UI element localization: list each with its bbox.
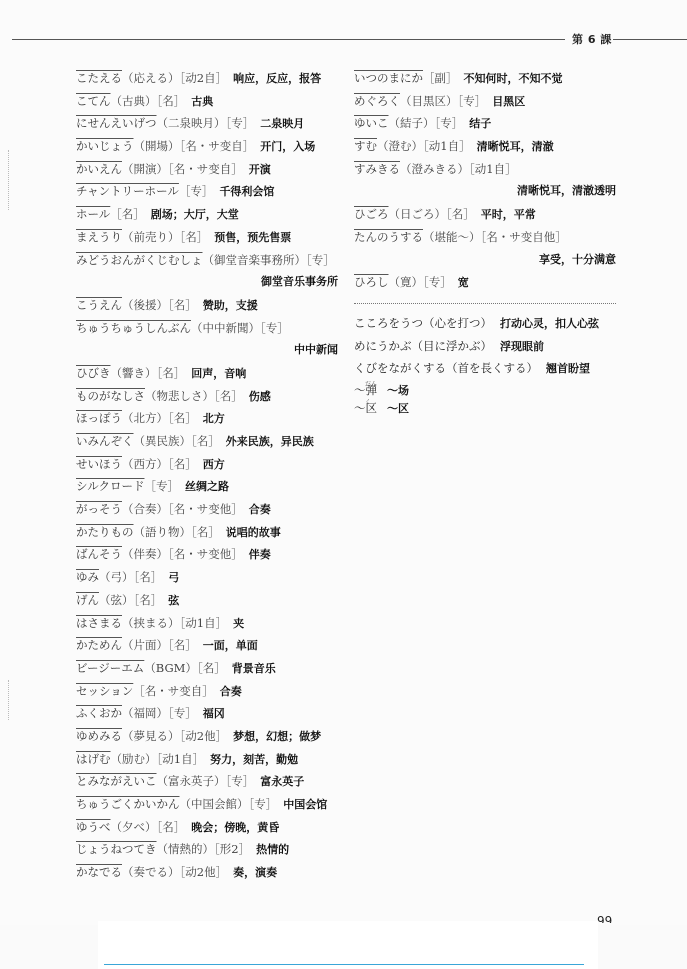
vocab-entry: チャントリーホール［专］千得利会馆 bbox=[76, 180, 338, 203]
entry-part-of-speech: ［专］ bbox=[226, 116, 255, 130]
entry-kanji: （福岡） bbox=[122, 706, 168, 720]
entry-kanji: （挟まる） bbox=[122, 616, 180, 630]
entry-reading-text: ゆみ bbox=[76, 570, 99, 584]
vocab-entry: じょうねつてき（情熱的）［形2］热情的 bbox=[76, 838, 338, 861]
entry-part-of-speech: ［专］ bbox=[226, 774, 255, 788]
entry-kanji: （奏でる） bbox=[122, 865, 180, 879]
entry-kanji: （伴奏） bbox=[122, 547, 168, 561]
vocab-entry: こたえる（応える）［动2自］响应，反应，报答 bbox=[76, 67, 338, 90]
entry-meaning: 开门，入场 bbox=[260, 140, 315, 153]
vocab-entry: いつのまにか［副］不知何时，不知不觉 bbox=[354, 67, 616, 90]
entry-part-of-speech: ［名］ bbox=[180, 230, 209, 244]
entry-part-of-speech: ［专］ bbox=[144, 479, 179, 493]
entry-reading: ゆめみる bbox=[76, 729, 122, 743]
idiom-entry: こころをうつ（心を打つ）打动心灵，扣人心弦 bbox=[354, 312, 616, 335]
entry-part-of-speech: ［名］ bbox=[168, 411, 197, 425]
entry-part-of-speech: ［动1自］ bbox=[423, 139, 471, 153]
entry-part-of-speech: ［名］ bbox=[191, 525, 220, 539]
entry-reading: かいじょう bbox=[76, 139, 134, 153]
entry-reading-text: いつのまにか bbox=[354, 71, 423, 85]
vocab-entry: こてん（古典）［名］古典 bbox=[76, 90, 338, 113]
entry-reading-text: こたえる bbox=[76, 71, 122, 85]
entry-reading: こてん bbox=[76, 94, 111, 108]
idiom-meaning: 翘首盼望 bbox=[546, 362, 590, 375]
entry-meaning: 预售，预先售票 bbox=[214, 231, 291, 244]
vocab-entry: はげむ（励む）［动1自］努力，刻苦，勤勉 bbox=[76, 748, 338, 771]
vocab-entry: はさまる（挟まる）［动1自］夹 bbox=[76, 612, 338, 635]
entry-reading-text: こうえん bbox=[76, 298, 122, 312]
vocabulary-column-left: こたえる（応える）［动2自］响应，反应，报答こてん（古典）［名］古典にせんえいげ… bbox=[76, 67, 338, 884]
entry-meaning-continued: 清晰悦耳，清澈透明 bbox=[354, 180, 616, 203]
entry-reading-text: はげむ bbox=[76, 752, 111, 766]
entry-kanji: （物悲しさ） bbox=[145, 389, 214, 403]
entry-part-of-speech: ［名］ bbox=[191, 434, 220, 448]
entry-meaning: 福冈 bbox=[203, 707, 225, 720]
vocab-entry: すみきる（澄みきる）［动1自］ bbox=[354, 158, 616, 181]
entry-part-of-speech: ［专］ bbox=[306, 253, 335, 267]
entry-reading: いみんぞく bbox=[76, 434, 134, 448]
chapter-label: 第 6 課 bbox=[572, 31, 612, 47]
idiom-meaning: 打动心灵，扣人心弦 bbox=[500, 317, 599, 330]
vocab-entry: かなでる（奏でる）［动2他］奏，演奏 bbox=[76, 861, 338, 884]
entry-meaning: 说唱的故事 bbox=[226, 526, 281, 539]
entry-reading: ひろし bbox=[354, 275, 389, 289]
entry-meaning: 外来民族，异民族 bbox=[226, 435, 314, 448]
entry-meaning: 中国会馆 bbox=[283, 798, 327, 811]
vocab-entry: すむ（澄む）［动1自］清晰悦耳，清澈 bbox=[354, 135, 616, 158]
entry-reading: ちゅうちゅうしんぶん bbox=[76, 321, 191, 335]
entry-reading: ひごろ bbox=[354, 207, 389, 221]
vocab-entry: ばんそう（伴奏）［名・サ变他］伴奏 bbox=[76, 543, 338, 566]
header-rule-right bbox=[613, 39, 687, 40]
entry-reading: ビージーエム bbox=[76, 661, 144, 675]
entry-meaning: 晚会；傍晚，黄昏 bbox=[191, 821, 279, 834]
entry-reading-text: げん bbox=[76, 593, 99, 607]
entry-meaning: 结子 bbox=[469, 117, 491, 130]
entry-meaning-continued: 中中新闻 bbox=[76, 339, 338, 362]
entry-meaning: 西方 bbox=[203, 458, 225, 471]
idiom-text: くびをながくする（首を長くする） bbox=[354, 361, 538, 375]
entry-kanji: （夕べ） bbox=[111, 820, 157, 834]
vocab-entry: ゆめみる（夢見る）［动2他］梦想，幻想；做梦 bbox=[76, 725, 338, 748]
entry-kanji: （御堂音楽事務所） bbox=[203, 253, 307, 267]
entry-reading: ホール bbox=[76, 207, 110, 221]
entry-meaning: 努力，刻苦，勤勉 bbox=[210, 753, 298, 766]
vocab-entry: ゆみ（弓）［名］弓 bbox=[76, 566, 338, 589]
entry-meaning: 古典 bbox=[191, 95, 213, 108]
entry-part-of-speech: ［名・サ变自］ bbox=[180, 139, 255, 153]
entry-part-of-speech: ［名］ bbox=[168, 298, 197, 312]
entry-kanji: （開演） bbox=[122, 162, 168, 176]
entry-part-of-speech: ［副］ bbox=[423, 71, 458, 85]
entry-kanji: （前売り） bbox=[122, 230, 180, 244]
entry-part-of-speech: ［动1自］ bbox=[469, 162, 517, 176]
entry-meaning: 赞助，支援 bbox=[203, 299, 258, 312]
entry-part-of-speech: ［名］ bbox=[134, 570, 163, 584]
entry-meaning: 回声，音响 bbox=[191, 367, 246, 380]
entry-reading-text: ひびき bbox=[76, 366, 111, 380]
entry-reading-text: ちゅうちゅうしんぶん bbox=[76, 321, 191, 335]
vocab-entry: ものがなしさ（物悲しさ）［名］伤感 bbox=[76, 385, 338, 408]
margin-scan-artifact bbox=[8, 150, 13, 210]
entry-kanji: （西方） bbox=[122, 457, 168, 471]
entry-part-of-speech: ［专］ bbox=[423, 275, 452, 289]
entry-reading: ゆうべ bbox=[76, 820, 111, 834]
entry-reading-text: とみながえいこ bbox=[76, 774, 157, 788]
entry-meaning: 丝绸之路 bbox=[185, 480, 229, 493]
vocabulary-column-right: いつのまにか［副］不知何时，不知不觉めぐろく（目黒区）［专］目黑区ゆいこ（結子）… bbox=[354, 67, 616, 416]
entry-reading-text: ものがなしさ bbox=[76, 389, 145, 403]
entry-meaning: 剧场；大厅，大堂 bbox=[151, 208, 239, 221]
entry-reading: ふくおか bbox=[76, 706, 122, 720]
entry-meaning: 目黑区 bbox=[492, 95, 525, 108]
suffix-entry: だん～弾～场 bbox=[354, 380, 616, 398]
vocab-entry: ゆいこ（結子）［专］结子 bbox=[354, 112, 616, 135]
entry-meaning: 平时，平常 bbox=[481, 208, 536, 221]
dotted-separator bbox=[354, 303, 616, 304]
entry-meaning: 热情的 bbox=[256, 843, 289, 856]
entry-part-of-speech: ［名］ bbox=[157, 94, 186, 108]
vocab-entry: せいほう（西方）［名］西方 bbox=[76, 453, 338, 476]
vocab-entry: みどうおんがくじむしょ（御堂音楽事務所）［专］ bbox=[76, 249, 338, 272]
idiom-entry: くびをながくする（首を長くする）翘首盼望 bbox=[354, 357, 616, 380]
entry-reading: げん bbox=[76, 593, 99, 607]
phrase-list: こころをうつ（心を打つ）打动心灵，扣人心弦めにうかぶ（目に浮かぶ）浮现眼前くびを… bbox=[354, 312, 616, 380]
vocab-entry: ひびき（響き）［名］回声，音响 bbox=[76, 362, 338, 385]
entry-part-of-speech: ［动2他］ bbox=[180, 729, 228, 743]
entry-meaning: 宽 bbox=[458, 276, 469, 289]
entry-reading-text: かいじょう bbox=[76, 139, 134, 153]
entry-reading-text: セッション bbox=[76, 684, 133, 698]
idiom-entry: めにうかぶ（目に浮かぶ）浮现眼前 bbox=[354, 335, 616, 358]
vocab-entry: にせんえいげつ（二泉映月）［专］二泉映月 bbox=[76, 112, 338, 135]
footer-blue-rule bbox=[104, 964, 584, 965]
entry-reading: はさまる bbox=[76, 616, 122, 630]
entry-reading: とみながえいこ bbox=[76, 774, 157, 788]
entry-kanji: （響き） bbox=[111, 366, 157, 380]
entry-reading-text: ゆうべ bbox=[76, 820, 111, 834]
entry-kanji: （目黒区） bbox=[400, 94, 458, 108]
entry-reading-text: みどうおんがくじむしょ bbox=[76, 253, 203, 267]
entry-kanji: （応える） bbox=[122, 71, 180, 85]
vocab-entry: ひごろ（日ごろ）［名］平时，平常 bbox=[354, 203, 616, 226]
entry-reading-text: こてん bbox=[76, 94, 111, 108]
entry-part-of-speech: ［名］ bbox=[446, 207, 475, 221]
entry-meaning-continued: 享受，十分满意 bbox=[354, 249, 616, 272]
vocab-entry: セッション［名・サ变自］合奏 bbox=[76, 680, 338, 703]
entry-reading: こたえる bbox=[76, 71, 122, 85]
entry-reading-text: ビージーエム bbox=[76, 661, 144, 675]
suffix-entry: く～区～区 bbox=[354, 398, 616, 416]
entry-part-of-speech: ［动2自］ bbox=[180, 71, 228, 85]
entry-reading-text: せいほう bbox=[76, 457, 122, 471]
entry-meaning: 不知何时，不知不觉 bbox=[464, 72, 563, 85]
entry-reading-text: かいえん bbox=[76, 162, 122, 176]
vocab-entry: ちゅうちゅうしんぶん（中中新聞）［专］ bbox=[76, 317, 338, 340]
vocab-entry: こうえん（後援）［名］赞助，支援 bbox=[76, 294, 338, 317]
entry-reading-text: いみんぞく bbox=[76, 434, 134, 448]
entry-reading: かたりもの bbox=[76, 525, 134, 539]
entry-reading-text: すむ bbox=[354, 139, 377, 153]
entry-meaning: 合奏 bbox=[249, 503, 271, 516]
entry-reading: まえうり bbox=[76, 230, 122, 244]
entry-meaning: 开演 bbox=[249, 163, 271, 176]
entry-meaning: 北方 bbox=[203, 412, 225, 425]
entry-kanji: （北方） bbox=[122, 411, 168, 425]
entry-reading-text: じょうねつてき bbox=[76, 842, 157, 856]
entry-kanji: （弓） bbox=[99, 570, 134, 584]
entry-reading-text: ふくおか bbox=[76, 706, 122, 720]
entry-kanji: （富永英子） bbox=[157, 774, 226, 788]
entry-reading: こうえん bbox=[76, 298, 122, 312]
entry-reading-text: ばんそう bbox=[76, 547, 122, 561]
vocab-entry: かたりもの（語り物）［名］说唱的故事 bbox=[76, 521, 338, 544]
vocabulary-list-right: いつのまにか［副］不知何时，不知不觉めぐろく（目黒区）［专］目黑区ゆいこ（結子）… bbox=[354, 67, 616, 294]
entry-kanji: （開場） bbox=[134, 139, 180, 153]
entry-meaning: 弓 bbox=[168, 571, 179, 584]
entry-reading: みどうおんがくじむしょ bbox=[76, 253, 203, 267]
entry-reading-text: まえうり bbox=[76, 230, 122, 244]
entry-kanji: （夢見る） bbox=[122, 729, 180, 743]
entry-meaning: 清晰悦耳，清澈 bbox=[477, 140, 554, 153]
entry-part-of-speech: ［动1自］ bbox=[180, 616, 228, 630]
entry-reading: セッション bbox=[76, 684, 133, 698]
entry-part-of-speech: ［专］ bbox=[458, 94, 487, 108]
vocab-entry: ちゅうごくかいかん（中国会館）［专］中国会馆 bbox=[76, 793, 338, 816]
entry-kanji: （結子） bbox=[389, 116, 435, 130]
entry-reading: にせんえいげつ bbox=[76, 116, 157, 130]
entry-part-of-speech: ［名・サ变自］ bbox=[133, 684, 214, 698]
suffix-ruby: だん bbox=[365, 375, 377, 395]
entry-meaning: 富永英子 bbox=[260, 775, 304, 788]
entry-part-of-speech: ［动1自］ bbox=[157, 752, 205, 766]
entry-part-of-speech: ［动2他］ bbox=[180, 865, 228, 879]
entry-part-of-speech: ［名・サ变他］ bbox=[168, 502, 243, 516]
entry-part-of-speech: ［名］ bbox=[134, 593, 163, 607]
entry-part-of-speech: ［形2］ bbox=[214, 842, 250, 856]
entry-part-of-speech: ［名］ bbox=[168, 457, 197, 471]
entry-meaning: 一面，单面 bbox=[203, 639, 258, 652]
page-number: 99 bbox=[597, 913, 612, 923]
entry-part-of-speech: ［名］ bbox=[168, 638, 197, 652]
entry-meaning: 伴奏 bbox=[249, 548, 271, 561]
entry-reading-text: ひろし bbox=[354, 275, 389, 289]
entry-reading-text: がっそう bbox=[76, 502, 122, 516]
suffix-list: だん～弾～场く～区～区 bbox=[354, 380, 616, 416]
entry-reading-text: ゆめみる bbox=[76, 729, 122, 743]
entry-kanji: （日ごろ） bbox=[389, 207, 447, 221]
entry-reading: せいほう bbox=[76, 457, 122, 471]
entry-reading-text: チャントリーホール bbox=[76, 184, 179, 198]
vocab-entry: ふくおか（福岡）［专］福冈 bbox=[76, 702, 338, 725]
entry-reading: はげむ bbox=[76, 752, 111, 766]
entry-reading-text: ほっぽう bbox=[76, 411, 122, 425]
entry-reading: チャントリーホール bbox=[76, 184, 179, 198]
vocab-entry: ほっぽう（北方）［名］北方 bbox=[76, 407, 338, 430]
entry-reading: ちゅうごくかいかん bbox=[76, 797, 180, 811]
vocab-entry: かいじょう（開場）［名・サ变自］开门，入场 bbox=[76, 135, 338, 158]
entry-reading: ひびき bbox=[76, 366, 111, 380]
entry-meaning: 夹 bbox=[233, 617, 244, 630]
bottom-margin bbox=[98, 921, 598, 969]
entry-part-of-speech: ［名］ bbox=[110, 207, 145, 221]
entry-reading-text: めぐろく bbox=[354, 94, 400, 108]
entry-kanji: （二泉映月） bbox=[157, 116, 226, 130]
vocab-entry: ホール［名］剧场；大厅，大堂 bbox=[76, 203, 338, 226]
suffix-meaning: ～场 bbox=[387, 384, 409, 397]
suffix-meaning: ～区 bbox=[387, 402, 409, 415]
entry-part-of-speech: ［名・サ变自他］ bbox=[481, 230, 567, 244]
vocab-entry: めぐろく（目黒区）［专］目黑区 bbox=[354, 90, 616, 113]
entry-kanji: （合奏） bbox=[122, 502, 168, 516]
entry-part-of-speech: ［专］ bbox=[249, 797, 278, 811]
vocab-entry: ビージーエム（BGM）［名］背景音乐 bbox=[76, 657, 338, 680]
vocab-entry: かいえん（開演）［名・サ变自］开演 bbox=[76, 158, 338, 181]
entry-kanji: （BGM） bbox=[144, 661, 197, 675]
entry-reading: がっそう bbox=[76, 502, 122, 516]
entry-kanji: （情熱的） bbox=[157, 842, 215, 856]
entry-kanji: （寛） bbox=[389, 275, 424, 289]
entry-reading: ゆいこ bbox=[354, 116, 389, 130]
entry-part-of-speech: ［专］ bbox=[260, 321, 289, 335]
entry-part-of-speech: ［名］ bbox=[157, 366, 186, 380]
entry-part-of-speech: ［专］ bbox=[168, 706, 197, 720]
entry-reading-text: かためん bbox=[76, 638, 122, 652]
entry-meaning: 弦 bbox=[168, 594, 179, 607]
entry-meaning: 合奏 bbox=[220, 685, 242, 698]
entry-part-of-speech: ［名・サ变他］ bbox=[168, 547, 243, 561]
entry-reading: ばんそう bbox=[76, 547, 122, 561]
entry-meaning: 背景音乐 bbox=[232, 662, 276, 675]
entry-part-of-speech: ［专］ bbox=[435, 116, 464, 130]
entry-reading-text: かなでる bbox=[76, 865, 122, 879]
idiom-meaning: 浮现眼前 bbox=[500, 340, 544, 353]
entry-meaning: 伤感 bbox=[249, 390, 271, 403]
entry-reading: たんのうする bbox=[354, 230, 423, 244]
entry-reading: じょうねつてき bbox=[76, 842, 157, 856]
vocab-entry: とみながえいこ（富永英子）［专］富永英子 bbox=[76, 770, 338, 793]
entry-part-of-speech: ［名］ bbox=[157, 820, 186, 834]
entry-reading: ものがなしさ bbox=[76, 389, 145, 403]
entry-reading-text: ちゅうごくかいかん bbox=[76, 797, 180, 811]
vocab-entry: げん（弦）［名］弦 bbox=[76, 589, 338, 612]
entry-reading: かいえん bbox=[76, 162, 122, 176]
entry-reading: ほっぽう bbox=[76, 411, 122, 425]
vocab-entry: まえうり（前売り）［名］预售，预先售票 bbox=[76, 226, 338, 249]
entry-reading-text: はさまる bbox=[76, 616, 122, 630]
entry-reading-text: たんのうする bbox=[354, 230, 423, 244]
entry-reading: かためん bbox=[76, 638, 122, 652]
entry-part-of-speech: ［名］ bbox=[214, 389, 243, 403]
entry-kanji: （語り物） bbox=[134, 525, 192, 539]
entry-reading-text: にせんえいげつ bbox=[76, 116, 157, 130]
header-rule-left bbox=[12, 39, 565, 40]
vocab-entry: ひろし（寛）［专］宽 bbox=[354, 271, 616, 294]
entry-kanji: （中国会館） bbox=[180, 797, 249, 811]
vocab-entry: シルクロード［专］丝绸之路 bbox=[76, 475, 338, 498]
entry-reading-text: シルクロード bbox=[76, 479, 144, 493]
entry-reading: すみきる bbox=[354, 162, 400, 176]
entry-reading: シルクロード bbox=[76, 479, 144, 493]
entry-kanji: （古典） bbox=[111, 94, 157, 108]
vocab-entry: かためん（片面）［名］一面，单面 bbox=[76, 634, 338, 657]
margin-scan-artifact bbox=[8, 680, 13, 720]
entry-reading-text: ホール bbox=[76, 207, 110, 221]
entry-part-of-speech: ［专］ bbox=[179, 184, 214, 198]
entry-kanji: （励む） bbox=[111, 752, 157, 766]
entry-kanji: （片面） bbox=[122, 638, 168, 652]
entry-part-of-speech: ［名］ bbox=[197, 661, 226, 675]
idiom-text: めにうかぶ（目に浮かぶ） bbox=[354, 339, 492, 353]
entry-meaning: 千得利会馆 bbox=[219, 185, 274, 198]
entry-meaning: 梦想，幻想；做梦 bbox=[233, 730, 321, 743]
vocab-entry: いみんぞく（異民族）［名］外来民族，异民族 bbox=[76, 430, 338, 453]
entry-meaning-continued: 御堂音乐事务所 bbox=[76, 271, 338, 294]
entry-reading: ゆみ bbox=[76, 570, 99, 584]
entry-reading-text: すみきる bbox=[354, 162, 400, 176]
entry-kanji: （弦） bbox=[99, 593, 134, 607]
entry-kanji: （澄む） bbox=[377, 139, 423, 153]
entry-kanji: （後援） bbox=[122, 298, 168, 312]
entry-reading: いつのまにか bbox=[354, 71, 423, 85]
entry-kanji: （堪能～） bbox=[423, 230, 481, 244]
entry-kanji: （澄みきる） bbox=[400, 162, 469, 176]
entry-meaning: 响应，反应，报答 bbox=[233, 72, 321, 85]
entry-reading: すむ bbox=[354, 139, 377, 153]
vocab-entry: ゆうべ（夕べ）［名］晚会；傍晚，黄昏 bbox=[76, 816, 338, 839]
entry-kanji: （異民族） bbox=[134, 434, 192, 448]
entry-reading-text: かたりもの bbox=[76, 525, 134, 539]
entry-kanji: （中中新聞） bbox=[191, 321, 260, 335]
suffix-ruby: く bbox=[365, 393, 371, 413]
entry-reading-text: ゆいこ bbox=[354, 116, 389, 130]
entry-meaning: 奏，演奏 bbox=[233, 866, 277, 879]
entry-part-of-speech: ［名・サ变自］ bbox=[168, 162, 243, 176]
entry-reading: めぐろく bbox=[354, 94, 400, 108]
entry-meaning: 二泉映月 bbox=[260, 117, 304, 130]
vocab-entry: がっそう（合奏）［名・サ变他］合奏 bbox=[76, 498, 338, 521]
entry-reading-text: ひごろ bbox=[354, 207, 389, 221]
idiom-text: こころをうつ（心を打つ） bbox=[354, 316, 492, 330]
entry-reading: かなでる bbox=[76, 865, 122, 879]
vocab-entry: たんのうする（堪能～）［名・サ变自他］ bbox=[354, 226, 616, 249]
